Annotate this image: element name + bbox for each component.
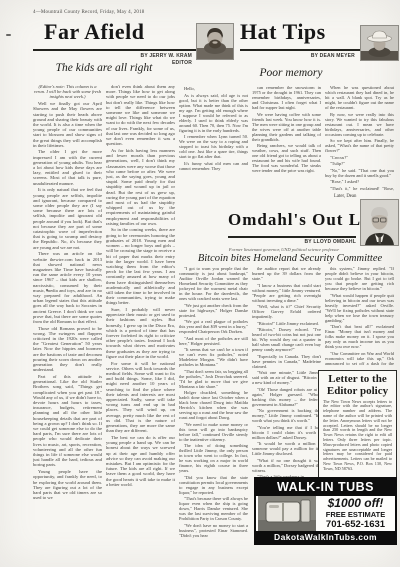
hat-tips-title: Hat Tips [240,21,326,43]
walk-in-tub-photo [258,496,316,531]
hat-tips-headline: Poor memory [228,67,354,79]
meyer-portrait-illustration [361,26,398,60]
omdahl-portrait-photo [360,199,399,246]
hat-tips-column-1: Hello,As is always said, old age is not … [179,86,248,202]
letter-policy-title-line2: Editor policy [323,386,392,398]
letter-policy-body: The New Town News accepts letters to the… [323,400,392,486]
omdahl-byline: BY LLOYD OMDAHL [250,239,356,246]
far-afield-column-1: (Editor's note: This column is a rerun. … [33,84,102,542]
ad-offer: $1000 off! [316,497,395,510]
hat-tips-byline: BY DEAN MEYER [253,53,355,60]
omdahl-column-2: the auditor report that we already burne… [252,266,321,512]
ad-website: DakotaWalkInTubs.com [256,531,395,543]
omdahl-subtitle: Former lieutenant governor, UND politica… [196,247,372,252]
far-afield-headline: The kids are all right [33,62,175,74]
ad-offer-block: $1000 off! FREE ESTIMATE 701-652-1631 [316,497,395,530]
ad-header: WALK-IN TUBS [256,479,395,496]
kram-portrait-photo [196,23,234,60]
far-afield-title: Far Afield [44,21,145,43]
omdahl-column-1: "I got to warn you people that the commu… [179,266,248,542]
newspaper-page: 4—Mountrail County Record, Friday, May 4… [0,0,400,567]
omdahl-portrait-illustration [361,200,398,245]
scan-speck [6,34,11,36]
walk-in-tubs-ad: WALK-IN TUBS $1000 off! FREE ESTIMATE 70… [254,477,397,545]
omdahl-column-3: this system," Jimmy replied. "If people … [325,266,394,366]
omdahl-rule [228,236,356,238]
ad-middle: $1000 off! FREE ESTIMATE 701-652-1631 [256,496,395,531]
folio-line: 4—Mountrail County Record, Friday, May 4… [33,10,145,15]
meyer-portrait-photo [360,25,399,61]
ad-free-estimate: FREE ESTIMATE [316,510,395,519]
letter-policy-title: Letter to the Editor policy [323,374,392,397]
hat-tips-column-3: When he was questioned about which resta… [325,85,394,192]
omdahl-headline: Bitcoin bites Homeland Security Committe… [184,253,396,264]
letter-policy-title-line1: Letter to the [323,374,392,386]
letter-policy-box: Letter to the Editor policy The New Town… [318,370,397,488]
kram-portrait-illustration [197,24,233,59]
walk-in-tub-illustration [258,496,316,531]
ad-phone-number: 701-652-1631 [316,519,395,530]
far-afield-column-2: don't even think about them any more. Th… [106,84,175,542]
hat-tips-column-2: can remember the snowstorm in 1975 or th… [252,85,321,202]
